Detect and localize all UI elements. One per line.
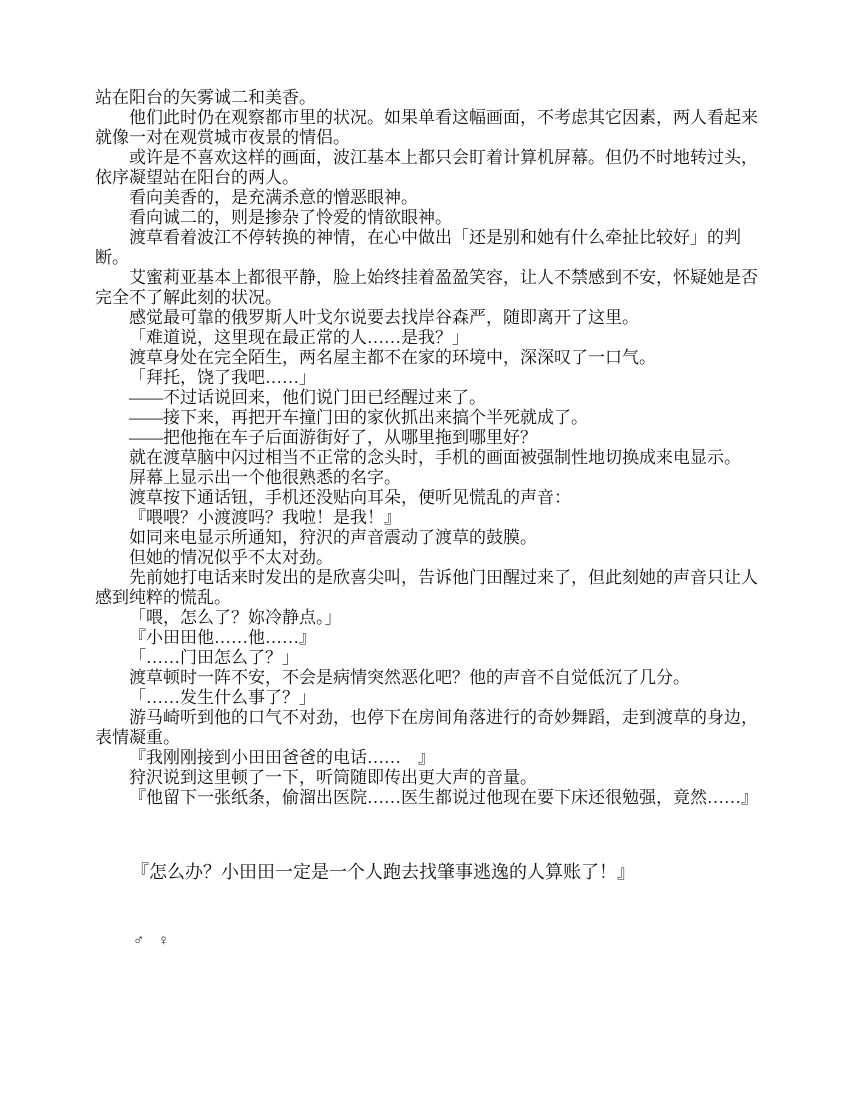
narration-paragraph: 但她的情况似乎不太对劲。 bbox=[95, 548, 760, 568]
narration-paragraph: 看向美香的，是充满杀意的憎恶眼神。 bbox=[95, 188, 760, 208]
inner-thought-line: ——不过话说回来，他们说门田已经醒过来了。 bbox=[95, 388, 760, 408]
narration-paragraph: 渡草身处在完全陌生，两名屋主都不在家的环境中，深深叹了一口气。 bbox=[95, 348, 760, 368]
dialogue-line: 「喂，怎么了？妳冷静点。」 bbox=[95, 608, 760, 628]
narration-paragraph: 屏幕上显示出一个他很熟悉的名字。 bbox=[95, 468, 760, 488]
dialogue-line: 「……门田怎么了？」 bbox=[95, 648, 760, 668]
inner-thought-line: ——把他拖在车子后面游街好了，从哪里拖到哪里好？ bbox=[95, 428, 760, 448]
narration-paragraph: 渡草顿时一阵不安，不会是病情突然恶化吧？他的声音不自觉低沉了几分。 bbox=[95, 668, 760, 688]
emphasized-phone-dialogue-line: 『怎么办？小田田一定是一个人跑去找肇事逃逸的人算账了！』 bbox=[95, 860, 760, 884]
phone-dialogue-line: 『他留下一张纸条，偷溜出医院……医生都说过他现在要下床还很勉强，竟然……』 bbox=[95, 788, 760, 808]
narration-paragraph: 看向诚二的，则是掺杂了怜爱的情欲眼神。 bbox=[95, 208, 760, 228]
narration-paragraph: 游马崎听到他的口气不对劲，也停下在房间角落进行的奇妙舞蹈，走到渡草的身边，表情凝… bbox=[95, 708, 760, 748]
dialogue-line: 「难道说，这里现在最正常的人……是我？」 bbox=[95, 328, 760, 348]
inner-thought-line: ——接下来，再把开车撞门田的家伙抓出来搞个半死就成了。 bbox=[95, 408, 760, 428]
narration-paragraph: 就在渡草脑中闪过相当不正常的念头时，手机的画面被强制性地切换成来电显示。 bbox=[95, 448, 760, 468]
narration-paragraph: 渡草按下通话钮，手机还没贴向耳朵，便听见慌乱的声音： bbox=[95, 488, 760, 508]
dialogue-line: 「……发生什么事了？」 bbox=[95, 688, 760, 708]
phone-dialogue-line: 『喂喂？小渡渡吗？我啦！是我！』 bbox=[95, 508, 760, 528]
narration-paragraph: 他们此时仍在观察都市里的状况。如果单看这幅画面，不考虑其它因素，两人看起来就像一… bbox=[95, 108, 760, 148]
narration-paragraph: 渡草看着波江不停转换的神情，在心中做出「还是别和她有什么牵扯比较好」的判断。 bbox=[95, 228, 760, 268]
novel-page-text-block: 站在阳台的矢雾诚二和美香。他们此时仍在观察都市里的状况。如果单看这幅画面，不考虑… bbox=[95, 88, 760, 950]
gender-symbols-scene-marker: ♂ ♀ bbox=[95, 932, 760, 950]
narration-paragraph: 先前她打电话来时发出的是欣喜尖叫，告诉他门田醒过来了，但此刻她的声音只让人感到纯… bbox=[95, 568, 760, 608]
narration-paragraph: 狩沢说到这里顿了一下，听筒随即传出更大声的音量。 bbox=[95, 768, 760, 788]
narration-paragraph: 站在阳台的矢雾诚二和美香。 bbox=[95, 88, 760, 108]
narration-paragraph: 艾蜜莉亚基本上都很平静，脸上始终挂着盈盈笑容，让人不禁感到不安，怀疑她是否完全不… bbox=[95, 268, 760, 308]
phone-dialogue-line: 『小田田他……他……』 bbox=[95, 628, 760, 648]
narration-paragraph: 如同来电显示所通知，狩沢的声音震动了渡草的鼓膜。 bbox=[95, 528, 760, 548]
phone-dialogue-line: 『我刚刚接到小田田爸爸的电话…… 』 bbox=[95, 748, 760, 768]
narration-paragraph: 或许是不喜欢这样的画面，波江基本上都只会盯着计算机屏幕。但仍不时地转过头，依序凝… bbox=[95, 148, 760, 188]
narration-paragraph: 感觉最可靠的俄罗斯人叶戈尔说要去找岸谷森严，随即离开了这里。 bbox=[95, 308, 760, 328]
dialogue-line: 「拜托，饶了我吧……」 bbox=[95, 368, 760, 388]
